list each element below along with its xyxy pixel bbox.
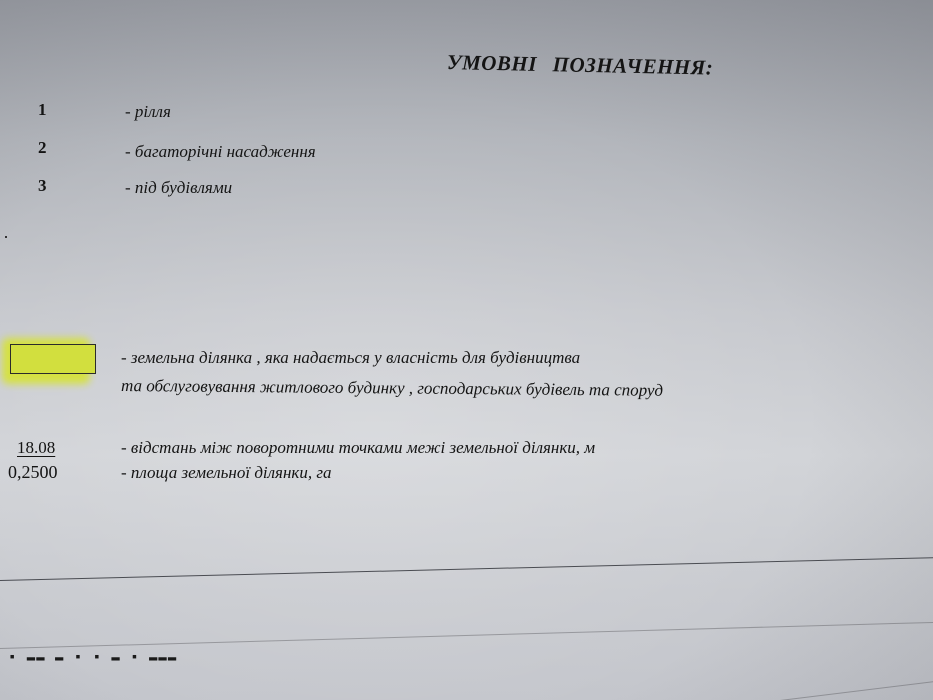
land-plot-label-line2: та обслуговування житлового будинку , го… (121, 376, 663, 401)
paper-speck (5, 236, 7, 238)
sheet-edge-line (0, 622, 933, 649)
dashed-line-fragment: ▪ ▬▬ ▬ ▪ ▪ ▬ ▪ ▬▬▬ (8, 650, 177, 666)
area-sample-value: 0,2500 (8, 462, 58, 483)
legend-title: УМОВНІ ПОЗНАЧЕННЯ: (447, 50, 714, 81)
legend-label-arable: - рілля (125, 102, 171, 122)
legend-number-2: 2 (38, 138, 47, 158)
sheet-edge-corner (780, 681, 933, 700)
land-plot-label-line1: - земельна ділянка , яка надається у вла… (121, 348, 580, 368)
legend-number-3: 3 (38, 176, 47, 196)
legend-label-buildings: - під будівлями (125, 178, 232, 198)
page-frame-line (0, 557, 933, 581)
land-plot-swatch (10, 344, 96, 374)
distance-label: - відстань між поворотними точками межі … (121, 438, 595, 458)
area-label: - площа земельної ділянки, га (121, 463, 331, 483)
legend-label-perennial: - багаторічні насадження (125, 142, 316, 162)
legend-number-1: 1 (38, 100, 47, 120)
distance-sample-value: 18.08 (17, 438, 55, 458)
